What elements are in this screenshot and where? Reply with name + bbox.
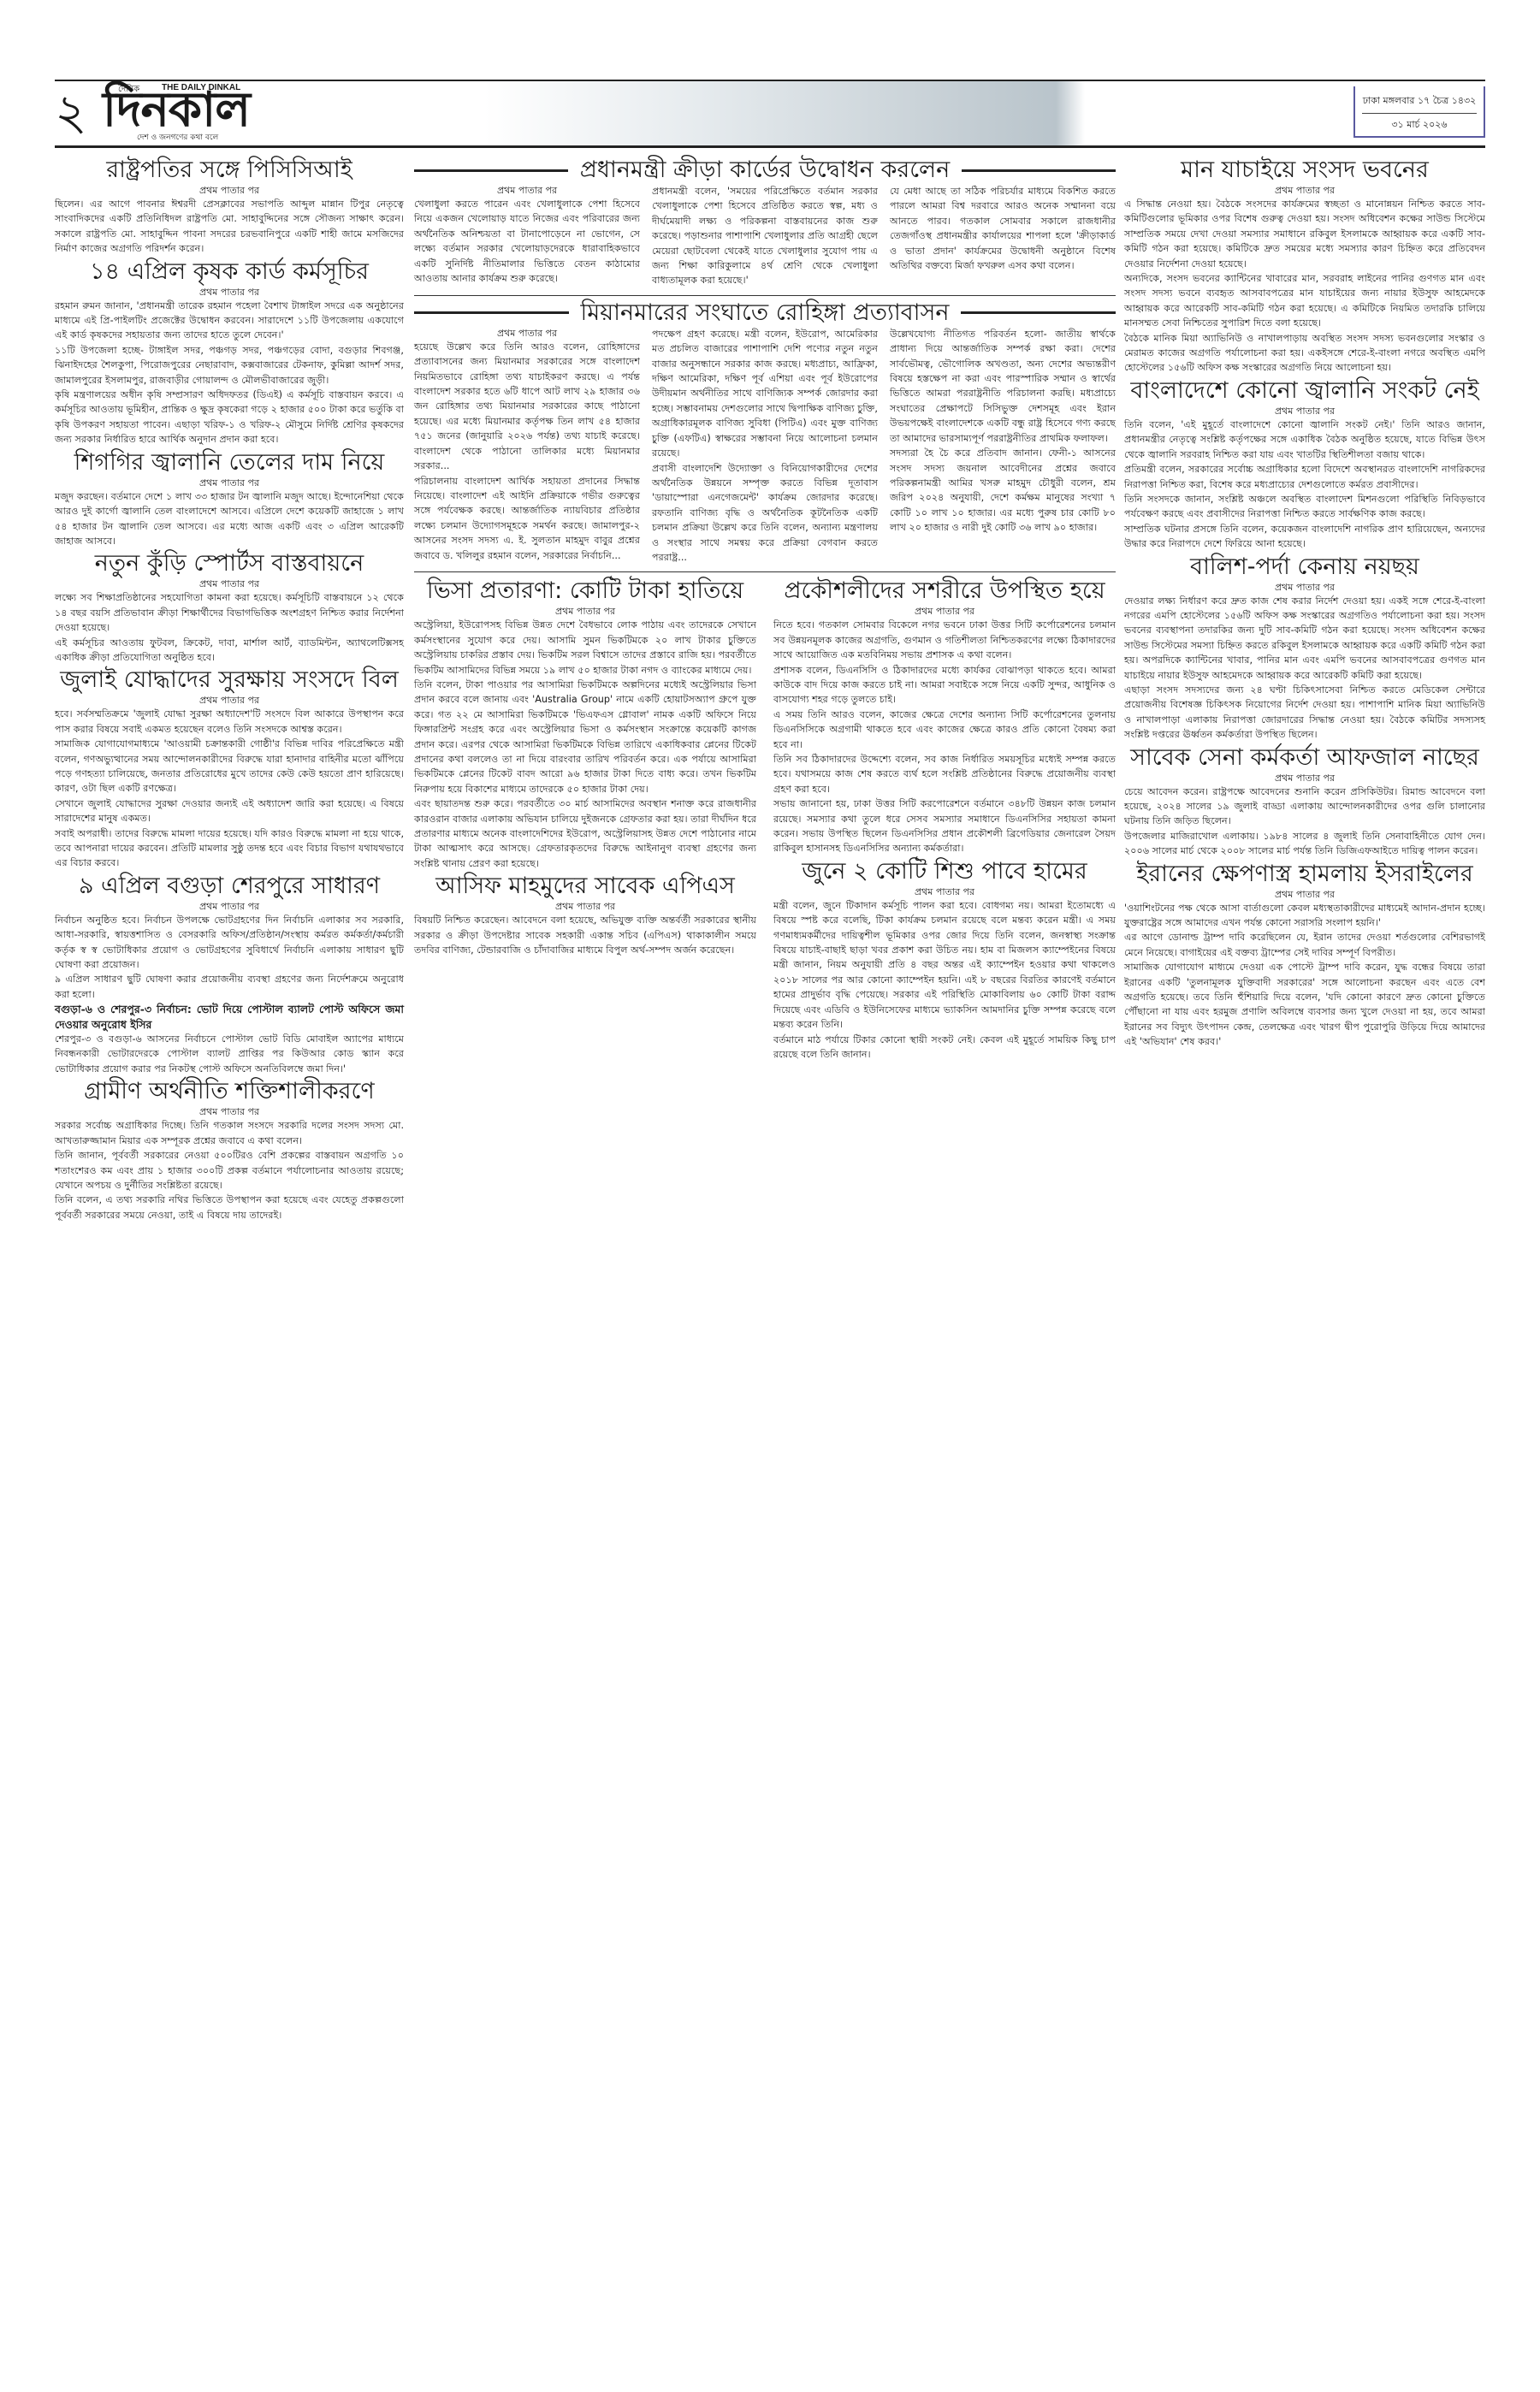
article-paragraph: উপজেলার মাজিরাখোল এলাকায়। ১৯৮৪ সালের ৪ … (1124, 829, 1485, 859)
article-paragraph: তিনি সব ঠিকাদারদের উদ্দেশ্যে বলেন, সব কা… (773, 752, 1116, 796)
article-paragraph: সবাই অপরাধী। তাদের বিরুদ্ধে মামলা দায়ের… (55, 826, 404, 871)
continued-label: প্রথম পাতার পর (773, 605, 1116, 618)
continued-label: প্রথম পাতার পর (55, 477, 404, 489)
article-paragraph: এ সময় তিনি আরও বলেন, কাজের ক্ষেত্রে দেশ… (773, 708, 1116, 752)
article-paragraph: অন্যদিকে, সংসদ ভবনের ক্যান্টিনের খাবারের… (1124, 271, 1485, 331)
article-paragraph: দেওয়ার লক্ষ্য নির্ধারণ করে দ্রুত কাজ শে… (1124, 594, 1485, 683)
article-paragraph: পরিচালনায় বাংলাদেশ আর্থিক সহায়তা প্রদা… (414, 474, 640, 563)
article-paragraph: প্রবাসী বাংলাদেশি উদ্যোক্তা ও বিনিয়োগকা… (652, 461, 878, 565)
article-paragraph: পদক্ষেপ গ্রহণ করেছে। মন্ত্রী বলেন, ইউরোপ… (652, 327, 878, 461)
article-paragraph: সেখানে জুলাই যোদ্ধাদের সুরক্ষা দেওয়ার জ… (55, 796, 404, 826)
left-column: রাষ্ট্রপতির সঙ্গে পিসিসিআই প্রথম পাতার প… (55, 155, 404, 1223)
date-box: ঢাকা মঙ্গলবার ১৭ চৈত্র ১৪৩২ ৩১ মার্চ ২০২… (1353, 86, 1485, 138)
article-paragraph: বিষয়টি নিশ্চিত করেছেন। আবেদনে বলা হয়েছ… (414, 913, 756, 957)
article-paragraph: এছাড়া সংসদ সদস্যদের জন্য ২৪ ঘণ্টা চিকিৎ… (1124, 683, 1485, 743)
visa-headline: ভিসা প্রতারণা: কোটি টাকা হাতিয়ে (414, 577, 756, 605)
article-paragraph: মন্ত্রী বলেন, জুনে টিকাদান কর্মসূচি পালন… (773, 898, 1116, 1033)
page-number: ২ (55, 86, 87, 138)
article-paragraph: রহমান রুমন জানান, 'প্রধানমন্ত্রী তারেক র… (55, 299, 404, 343)
article-paragraph: এবং ছায়াতদন্ত শুরু করে। পরবর্তীতে ৩০ মা… (414, 796, 756, 871)
article-paragraph: প্রশাসক বলেন, ডিএনসিসি ও ঠিকাদারদের মধ্য… (773, 663, 1116, 708)
article-paragraph: ৯ এপ্রিল সাধারণ ছুটি ঘোষণা করার প্রয়োজন… (55, 972, 404, 1002)
article-paragraph: বৈঠকে মানিক মিয়া অ্যাভিনিউ ও নাখালপাড়া… (1124, 331, 1485, 376)
article-paragraph: যে মেধা আছে তা সঠিক পরিচর্যার মাধ্যমে বি… (890, 184, 1116, 273)
article-paragraph: মজুদ করছেন। বর্তমানে দেশে ১ লাখ ৩৩ হাজার… (55, 489, 404, 549)
article-headline: সাবেক সেনা কর্মকর্তা আফজাল নাছের (1124, 744, 1485, 772)
article-headline: বাংলাদেশে কোনো জ্বালানি সংকট নেই (1124, 377, 1485, 405)
newspaper-page: ২ দিনকাল দৈনিক THE DAILY DINKAL দেশ ও জন… (55, 80, 1485, 148)
article-paragraph: তিনি বলেন, এ তথ্য সরকারি নথির ভিত্তিতে উ… (55, 1193, 404, 1223)
lead-headline: প্রধানমন্ত্রী ক্রীড়া কার্ডের উদ্বোধন কর… (414, 157, 1116, 184)
article-paragraph: 'ওয়াশিংটনের পক্ষ থেকে আসা বার্তাগুলো কে… (1124, 901, 1485, 931)
article-paragraph: এ সিদ্ধান্ত নেওয়া হয়। বৈঠকে সংসদের কার… (1124, 197, 1485, 271)
article-headline: শিগগির জ্বালানি তেলের দাম নিয়ে (55, 449, 404, 477)
article-paragraph: হবে। সর্বসম্মতিক্রমে 'জুলাই যোদ্ধা সুরক্… (55, 707, 404, 737)
divider (414, 295, 1116, 296)
article-paragraph: শেরপুর-৩ ও বগুড়া-৬ আসনের নির্বাচনে পোস্… (55, 1032, 404, 1076)
article-paragraph: এর আগে ডোনাল্ড ট্রাম্প দাবি করেছিলেন যে,… (1124, 930, 1485, 960)
rohingya-headline: মিয়ানমারের সংঘাতে রোহিঙ্গা প্রত্যাবাসন (414, 299, 1116, 327)
continued-label: প্রথম পাতার পর (55, 900, 404, 913)
continued-label: প্রথম পাতার পর (773, 885, 1116, 898)
article-headline: মান যাচাইয়ে সংসদ ভবনের (1124, 157, 1485, 184)
continued-label: প্রথম পাতার পর (55, 184, 404, 197)
article-paragraph: তিনি বলেন, টাকা পাওয়ার পর আসামিরা ভিকটি… (414, 678, 756, 796)
article-paragraph: নির্বাচন অনুষ্ঠিত হবে। নির্বাচন উপলক্ষে … (55, 913, 404, 973)
tagline: দেশ ও জনগণের কথা বলে (137, 131, 218, 144)
continued-label: প্রথম পাতার পর (1124, 888, 1485, 901)
article-paragraph: খেলাধুলা করতে পারেন এবং খেলাধুলাকে পেশা … (414, 197, 640, 286)
article-headline: রাষ্ট্রপতির সঙ্গে পিসিসিআই (55, 157, 404, 184)
article-paragraph: হয়েছে উল্লেখ করে তিনি আরও বলেন, রোহিঙ্গ… (414, 340, 640, 474)
article-paragraph: অস্ট্রেলিয়া, ইউরোপসহ বিভিন্ন উন্নত দেশে… (414, 618, 756, 678)
english-name: THE DAILY DINKAL (162, 83, 240, 92)
continued-label: প্রথম পাতার পর (55, 577, 404, 590)
continued-label: প্রথম পাতার পর (414, 900, 756, 913)
article-paragraph: সামাজিক যোগাযোগ মাধ্যমে দেওয়া এক পোস্টে… (1124, 960, 1485, 1049)
article-paragraph: উল্লেখযোগ্য নীতিগত পরিবর্তন হলো- জাতীয় … (890, 327, 1116, 446)
continued-label: প্রথম পাতার পর (414, 184, 640, 197)
lower-center-articles: ভিসা প্রতারণা: কোটি টাকা হাতিয়ে প্রথম প… (414, 576, 1116, 1062)
continued-label: প্রথম পাতার পর (414, 605, 756, 618)
date-gregorian: ৩১ মার্চ ২০২৬ (1355, 114, 1484, 133)
continued-label: প্রথম পাতার পর (55, 286, 404, 299)
article-paragraph: প্রতিমন্ত্রী বলেন, সরকারের সর্বোচ্চ অগ্র… (1124, 462, 1485, 492)
masthead: ২ দিনকাল দৈনিক THE DAILY DINKAL দেশ ও জন… (55, 80, 1485, 148)
article-paragraph: সরকার সর্বোচ্চ অগ্রাধিকার দিচ্ছে। তিনি গ… (55, 1118, 404, 1148)
daily-label: দৈনিক (118, 83, 139, 98)
article-paragraph: সামাজিক যোগাযোগমাধ্যমে 'আওয়ামী চক্রান্ত… (55, 737, 404, 796)
engineers-article: প্রকৌশলীদের সশরীরে উপস্থিত হয়ে প্রথম পা… (773, 576, 1116, 1062)
article-paragraph: ১১টি উপজেলা হচ্ছে- টাঙ্গাইল সদর, পঞ্চগড়… (55, 343, 404, 388)
center-section: প্রধানমন্ত্রী ক্রীড়া কার্ডের উদ্বোধন কর… (414, 155, 1116, 1062)
article-headline: নতুন কুঁড়ি স্পোর্টস বাস্তবায়নে (55, 550, 404, 577)
article-headline: ৯ এপ্রিল বগুড়া শেরপুরে সাধারণ (55, 873, 404, 900)
article-paragraph: চেয়ে আবেদন করেন। রাষ্ট্রপক্ষে আবেদনের শ… (1124, 785, 1485, 829)
article-paragraph: কৃষি মন্ত্রণালয়ের অধীন কৃষি সম্প্রসারণ … (55, 388, 404, 447)
article-headline: গ্রামীণ অর্থনীতি শক্তিশালীকরণে (55, 1078, 404, 1105)
article-subhead: বগুড়া-৬ ও শেরপুর-৩ নির্বাচন: ভোট দিয়ে … (55, 1002, 404, 1032)
visa-article: ভিসা প্রতারণা: কোটি টাকা হাতিয়ে প্রথম প… (414, 576, 756, 1062)
continued-label: প্রথম পাতার পর (55, 694, 404, 707)
article-paragraph: সাম্প্রতিক ঘটনার প্রসঙ্গে তিনি বলেন, কয়… (1124, 522, 1485, 552)
continued-label: প্রথম পাতার পর (1124, 405, 1485, 417)
article-paragraph: এই কর্মসূচির আওতায় ফুটবল, ক্রিকেট, দাবা… (55, 636, 404, 666)
article-paragraph: নিতে হবে। গতকাল সোমবার বিকেলে নগর ভবনে ঢ… (773, 618, 1116, 662)
article-headline: ১৪ এপ্রিল কৃষক কার্ড কর্মসূচির (55, 258, 404, 286)
engineers-headline: প্রকৌশলীদের সশরীরে উপস্থিত হয়ে (773, 577, 1116, 605)
lead-article-body: প্রথম পাতার পর খেলাধুলা করতে পারেন এবং খ… (414, 184, 1116, 288)
article-paragraph: বর্তমানে মাঠ পর্যায়ে টিকার কোনো স্থায়ী… (773, 1033, 1116, 1063)
right-column: মান যাচাইয়ে সংসদ ভবনের প্রথম পাতার পর এ… (1124, 155, 1485, 1050)
article-paragraph: সদস্যরা হৈ চৈ করে প্রতিবাদ জানান। ফেনী-১… (890, 446, 1116, 535)
continued-label: প্রথম পাতার পর (1124, 184, 1485, 197)
measles-headline: জুনে ২ কোটি শিশু পাবে হামের (773, 858, 1116, 885)
article-paragraph: প্রধানমন্ত্রী বলেন, 'সময়ের পরিপ্রেক্ষিত… (652, 184, 878, 288)
divider (414, 571, 1116, 572)
asif-headline: আসিফ মাহমুদের সাবেক এপিএস (414, 873, 756, 900)
date-bangla: ঢাকা মঙ্গলবার ১৭ চৈত্র ১৪৩২ (1362, 86, 1477, 114)
article-paragraph: তিনি জানান, পূর্ববর্তী সরকারের নেওয়া ৫০… (55, 1148, 404, 1193)
article-paragraph: তিনি বলেন, 'এই মুহূর্তে বাংলাদেশে কোনো জ… (1124, 417, 1485, 462)
continued-label: প্রথম পাতার পর (1124, 772, 1485, 785)
continued-label: প্রথম পাতার পর (1124, 581, 1485, 594)
article-headline: জুলাই যোদ্ধাদের সুরক্ষায় সংসদে বিল (55, 666, 404, 694)
article-paragraph: লক্ষ্যে সব শিক্ষাপ্রতিষ্ঠানের সহযোগিতা ক… (55, 590, 404, 635)
continued-label: প্রথম পাতার পর (414, 327, 640, 340)
rohingya-article-body: প্রথম পাতার পর হয়েছে উল্লেখ করে তিনি আর… (414, 327, 1116, 565)
article-headline: ইরানের ক্ষেপণাস্ত্র হামলায় ইসরাইলের (1124, 861, 1485, 888)
article-paragraph: ছিলেন। এর আগে পাবনার ঈশ্বরদী প্রেসক্লাবে… (55, 197, 404, 257)
continued-label: প্রথম পাতার পর (55, 1105, 404, 1118)
article-headline: বালিশ-পর্দা কেনায় নয়ছয় (1124, 554, 1485, 581)
article-paragraph: তিনি সংসদকে জানান, সংশ্লিষ্ট অঞ্চলে অবস্… (1124, 492, 1485, 522)
article-paragraph: সভায় জানানো হয়, ঢাকা উত্তর সিটি করপোরে… (773, 796, 1116, 856)
